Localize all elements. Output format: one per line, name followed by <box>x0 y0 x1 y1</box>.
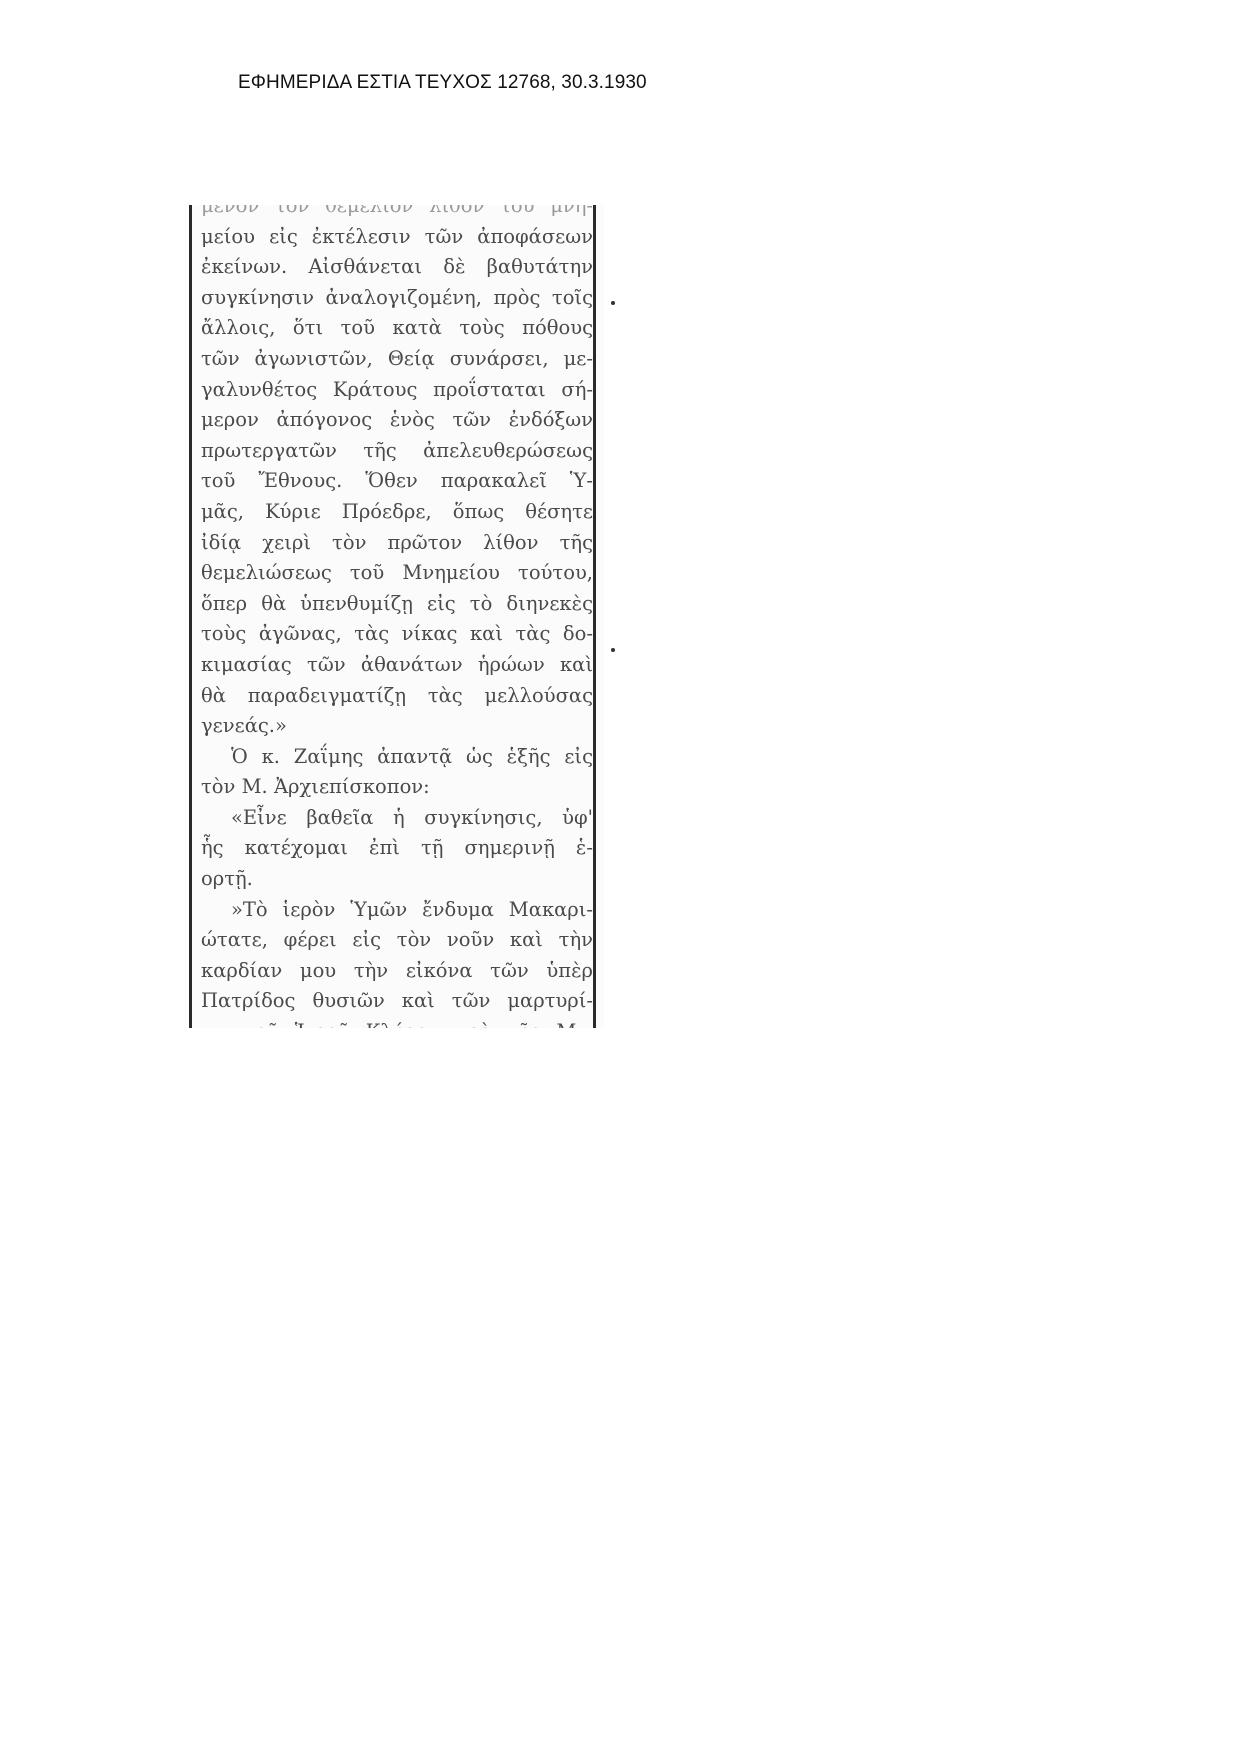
text-line: ἄλλοις, ὅτι τοῦ κατὰ τοὺς πόθους <box>201 313 593 344</box>
text-line: «Εἶνε βαθεῖα ἡ συγκίνησις, ὑφ' <box>201 803 593 834</box>
text-line: μενον τον θεμέλιον λίθον του μνη- <box>201 205 593 222</box>
text-line: ων τοῦ Ἱεροῦ Κλήρου πρὸ τῆς Με- <box>201 1017 593 1028</box>
newspaper-clipping: μενον τον θεμέλιον λίθον του μνη- μείου … <box>189 205 604 1028</box>
column-rule-right <box>593 205 596 1028</box>
text-line: »Τὸ ἱερὸν Ὑμῶν ἔνδυμα Μακαρι- <box>201 895 593 926</box>
text-line: κιμασίας τῶν ἀθανάτων ἡρώων καὶ <box>201 650 593 681</box>
document-header: ΕΦΗΜΕΡΙΔΑ ΕΣΤΙΑ ΤΕΥΧΟΣ 12768, 30.3.1930 <box>238 72 647 94</box>
text-line: μᾶς, Κύριε Πρόεδρε, ὅπως θέσητε <box>201 497 593 528</box>
text-line: τοῦ Ἔθνους. Ὅθεν παρακαλεῖ Ὑ- <box>201 466 593 497</box>
text-line: θεμελιώσεως τοῦ Μνημείου τούτου, <box>201 558 593 589</box>
text-line: ἐκείνων. Αἰσθάνεται δὲ βαθυτάτην <box>201 252 593 283</box>
scan-speck <box>611 301 615 305</box>
text-line: γενεάς.» <box>201 711 593 742</box>
text-line: τῶν ἀγωνιστῶν, Θείᾳ συνάρσει, με- <box>201 344 593 375</box>
text-line: τοὺς ἀγῶνας, τὰς νίκας καὶ τὰς δο- <box>201 619 593 650</box>
text-line: Ὁ κ. Ζαΐμης ἀπαντᾷ ὡς ἑξῆς εἰς <box>201 742 593 773</box>
text-line: μερον ἀπόγονος ἑνὸς τῶν ἐνδόξων <box>201 405 593 436</box>
scan-speck <box>611 648 615 652</box>
text-line: ἰδίᾳ χειρὶ τὸν πρῶτον λίθον τῆς <box>201 528 593 559</box>
text-line: μείου εἰς ἐκτέλεσιν τῶν ἀποφάσεων <box>201 222 593 253</box>
text-line: ἧς κατέχομαι ἐπὶ τῇ σημερινῇ ἑ- <box>201 833 593 864</box>
text-line: καρδίαν μου τὴν εἰκόνα τῶν ὑπὲρ <box>201 956 593 987</box>
text-line: συγκίνησιν ἀναλογιζομένη, πρὸς τοῖς <box>201 283 593 314</box>
text-line: τὸν Μ. Ἀρχιεπίσκοπον: <box>201 772 593 803</box>
text-line: ὅπερ θὰ ὑπενθυμίζῃ εἰς τὸ διηνεκὲς <box>201 589 593 620</box>
text-line: ώτατε, φέρει εἰς τὸν νοῦν καὶ τὴν <box>201 925 593 956</box>
text-line: ορτῇ. <box>201 864 593 895</box>
text-line: Πατρίδος θυσιῶν καὶ τῶν μαρτυρί- <box>201 986 593 1017</box>
article-text: μενον τον θεμέλιον λίθον του μνη- μείου … <box>201 205 593 1028</box>
column-rule-left <box>189 205 192 1028</box>
text-line: πρωτεργατῶν τῆς ἀπελευθερώσεως <box>201 436 593 467</box>
text-line: θὰ παραδειγματίζῃ τὰς μελλούσας <box>201 681 593 712</box>
text-line: γαλυνθέτος Κράτους προΐσταται σή- <box>201 375 593 406</box>
